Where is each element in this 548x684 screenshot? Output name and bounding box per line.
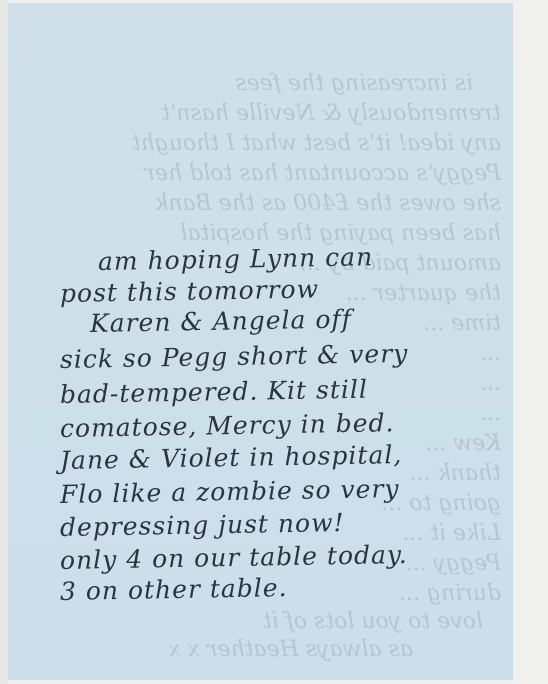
letter-line: am hoping Lynn can <box>98 242 374 276</box>
scan-edge-left <box>0 0 8 684</box>
handwritten-text: am hoping Lynn can post this tomorrow Ka… <box>8 3 513 680</box>
letter-page: is increasing the fees tremendously & Ne… <box>8 3 513 680</box>
letter-line: comatose, Mercy in bed. <box>60 408 395 443</box>
letter-line: Flo like a zombie so very <box>60 474 400 509</box>
letter-line: depressing just now! <box>60 508 345 542</box>
scanned-letter: is increasing the fees tremendously & Ne… <box>0 0 548 684</box>
letter-line: only 4 on our table today. <box>60 540 408 575</box>
letter-line: bad-tempered. Kit still <box>60 375 368 409</box>
letter-line: sick so Pegg short & very <box>60 339 409 374</box>
letter-line: Karen & Angela off <box>90 304 352 338</box>
scan-edge-right <box>513 0 548 684</box>
letter-line: 3 on other table. <box>60 573 288 606</box>
letter-line: Jane & Violet in hospital, <box>60 440 403 475</box>
letter-line: post this tomorrow <box>60 274 319 308</box>
